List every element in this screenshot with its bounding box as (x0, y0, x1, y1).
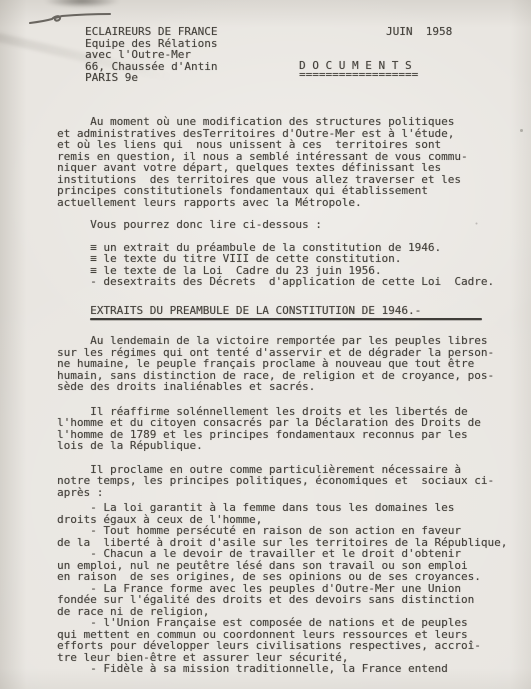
document-body: Au moment où une modification des struct… (0, 0, 531, 675)
intro-paragraph: Au moment où une modification des struct… (57, 116, 515, 208)
preamble-principles-list: - La loi garantit à la femme dans tous l… (57, 502, 515, 675)
preamble-paragraph-proclaim: Il proclame en outre comme particulièrem… (57, 464, 515, 499)
section-heading: EXTRAITS DU PREAMBULE DE LA CONSTITUTION… (57, 305, 515, 317)
preamble-paragraph-victory: Au lendemain de la victoire remportée pa… (57, 335, 515, 393)
preamble-paragraph-rights: Il réaffirme solénnellement les droits e… (57, 406, 515, 452)
scanned-document-page: ECLAIREURS DE FRANCE Equipe des Rélation… (0, 0, 531, 689)
contents-list: ≡ un extrait du préambule de la constitu… (57, 242, 515, 288)
list-intro-line: Vous pourrez donc lire ci-dessous : (57, 219, 515, 231)
section-heading-underline (90, 318, 482, 320)
